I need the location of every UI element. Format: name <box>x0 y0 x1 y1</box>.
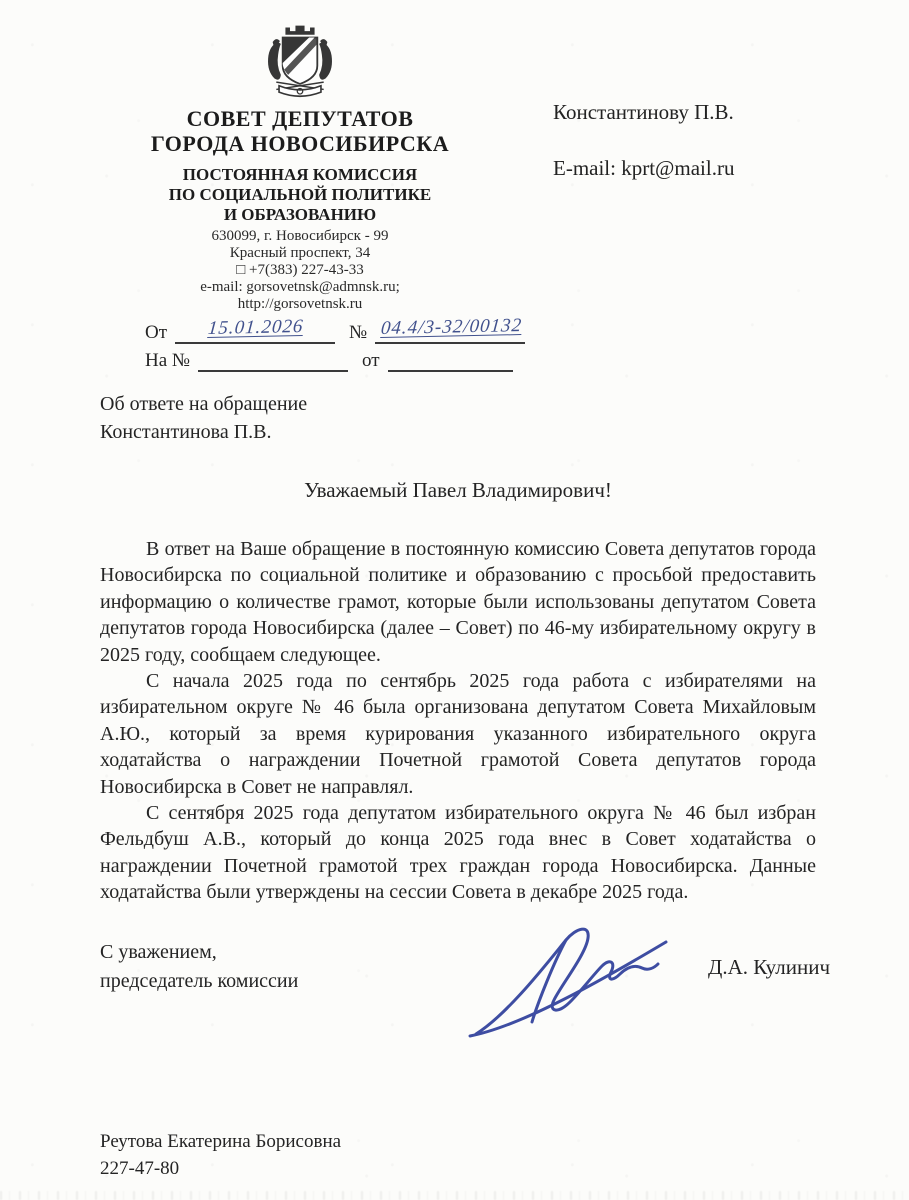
commission-line3: И ОБРАЗОВАНИЮ <box>115 205 485 225</box>
org-name-line1: СОВЕТ ДЕПУТАТОВ <box>115 106 485 131</box>
ref-number-label: № <box>335 322 375 344</box>
subject-line1: Об ответе на обращение <box>100 390 307 418</box>
closing-line2: председатель комиссии <box>100 967 298 996</box>
commission-line1: ПОСТОЯННАЯ КОМИССИЯ <box>115 165 485 185</box>
signer-name: Д.А. Кулинич <box>708 955 830 980</box>
ref-reply-date-field <box>388 346 513 372</box>
ref-reply-from-label: от <box>348 350 388 372</box>
recipient-block: Константинову П.В. E-mail: kprt@mail.ru <box>553 100 734 181</box>
org-name-line2: ГОРОДА НОВОСИБИРСКА <box>115 131 485 156</box>
ref-reply-label: На № <box>145 350 198 372</box>
body-paragraph-3: С сентября 2025 года депутатом избирател… <box>100 800 816 906</box>
handwritten-signature <box>462 918 682 1038</box>
phone-number: +7(383) 227-43-33 <box>249 262 364 278</box>
scan-edge-noise <box>0 1191 909 1200</box>
closing-block: С уважением, председатель комиссии <box>100 938 298 996</box>
ref-number-field: 04.4/3-32/00132 <box>375 318 525 344</box>
handwritten-number: 04.4/3-32/00132 <box>380 315 523 340</box>
salutation: Уважаемый Павел Владимирович! <box>100 478 816 503</box>
subject-block: Об ответе на обращение Константинова П.В… <box>100 390 307 446</box>
novosibirsk-coat-of-arms-icon <box>254 22 346 104</box>
body-paragraph-1: В ответ на Ваше обращение в постоянную к… <box>100 536 816 668</box>
letterhead: СОВЕТ ДЕПУТАТОВ ГОРОДА НОВОСИБИРСКА ПОСТ… <box>115 22 485 313</box>
executor-name: Реутова Екатерина Борисовна <box>100 1128 341 1155</box>
ref-date-field: 15.01.2026 <box>175 318 335 344</box>
address-line1: 630099, г. Новосибирск - 99 <box>115 228 485 245</box>
recipient-email: E-mail: kprt@mail.ru <box>553 156 734 181</box>
reference-block: От 15.01.2026 № 04.4/3-32/00132 На № от <box>145 316 525 372</box>
ref-from-label: От <box>145 322 175 344</box>
ref-reply-number-field <box>198 346 348 372</box>
signature-icon <box>462 918 682 1038</box>
org-website: http://gorsovetnsk.ru <box>115 296 485 313</box>
executor-block: Реутова Екатерина Борисовна 227-47-80 <box>100 1128 341 1182</box>
subject-line2: Константинова П.В. <box>100 418 307 446</box>
commission-line2: ПО СОЦИАЛЬНОЙ ПОЛИТИКЕ <box>115 185 485 205</box>
phone-line: □ +7(383) 227-43-33 <box>115 262 485 279</box>
executor-phone: 227-47-80 <box>100 1155 341 1182</box>
phone-icon: □ <box>236 262 245 278</box>
letter-body: В ответ на Ваше обращение в постоянную к… <box>100 536 816 906</box>
address-line2: Красный проспект, 34 <box>115 245 485 262</box>
recipient-name: Константинову П.В. <box>553 100 734 125</box>
scanned-letter-page: СОВЕТ ДЕПУТАТОВ ГОРОДА НОВОСИБИРСКА ПОСТ… <box>0 0 909 1200</box>
org-email: e-mail: gorsovetnsk@admnsk.ru; <box>115 279 485 296</box>
closing-line1: С уважением, <box>100 938 298 967</box>
body-paragraph-2: С начала 2025 года по сентябрь 2025 года… <box>100 668 816 800</box>
handwritten-date: 15.01.2026 <box>207 316 304 340</box>
